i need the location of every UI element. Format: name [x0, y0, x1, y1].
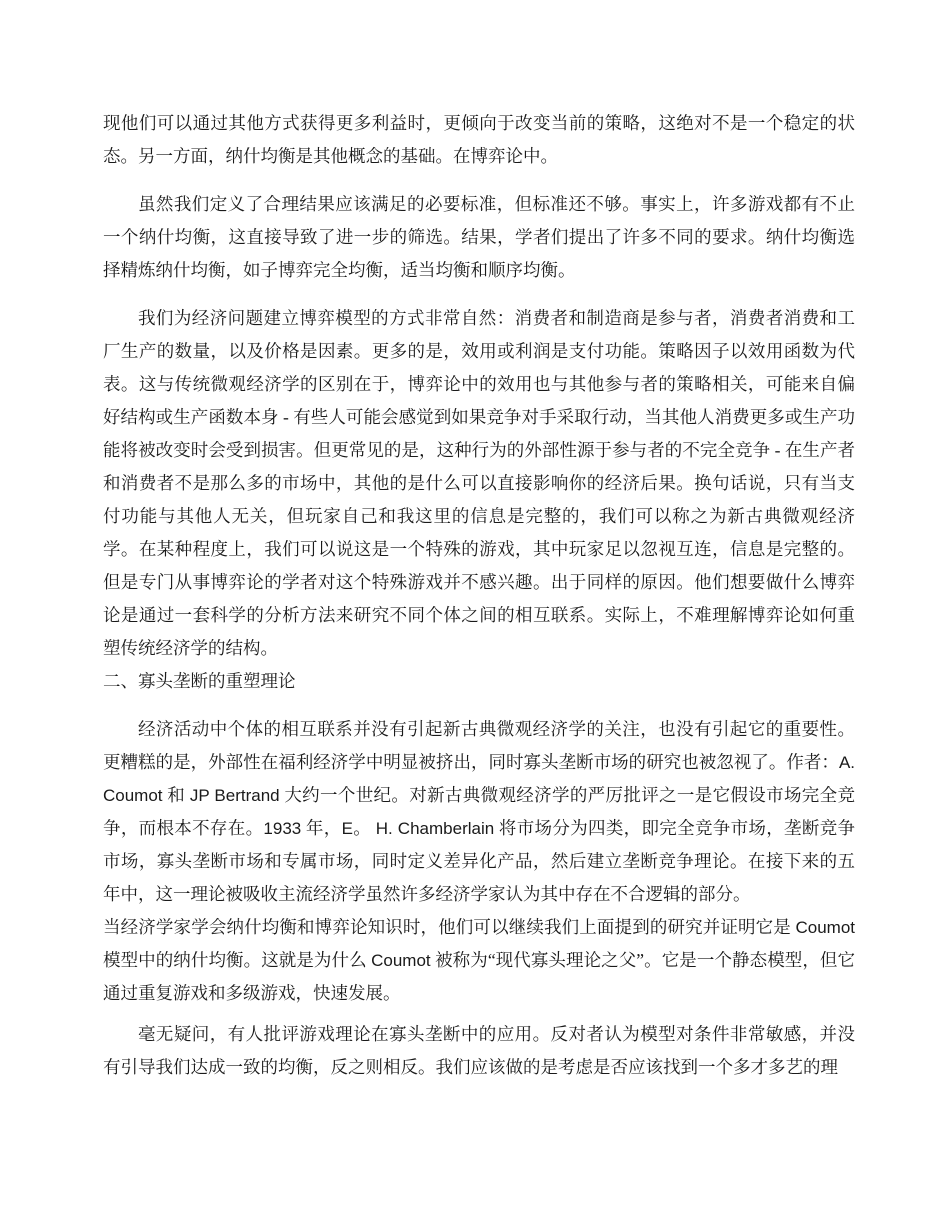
- text-run: Coumot: [795, 918, 855, 937]
- paragraph-equilibrium-refinement: 虽然我们定义了合理结果应该满足的必要标准，但标准还不够。事实上，许多游戏都有不止…: [103, 188, 855, 287]
- text-run: 我们为经济问题建立博弈模型的方式非常自然：消费者和制造商是参与者，消费者消费和工…: [103, 308, 855, 658]
- text-run: 年，: [301, 818, 341, 838]
- text-run: 二、寡头垄断的重塑理论: [103, 671, 296, 691]
- text-run: 和: [163, 785, 190, 805]
- text-run: 现他们可以通过其他方式获得更多利益时，更倾向于改变当前的策略，这绝对不是一个稳定…: [103, 113, 855, 166]
- document-body-text: 现他们可以通过其他方式获得更多利益时，更倾向于改变当前的策略，这绝对不是一个稳定…: [103, 107, 855, 1084]
- text-run: 经济活动中个体的相互联系并没有引起新古典微观经济学的关注，也没有引起它的重要性。…: [103, 719, 855, 772]
- text-run: E: [342, 819, 353, 838]
- paragraph-neoclassical-critique: 经济活动中个体的相互联系并没有引起新古典微观经济学的关注，也没有引起它的重要性。…: [103, 713, 855, 911]
- paragraph-nash-stability: 现他们可以通过其他方式获得更多利益时，更倾向于改变当前的策略，这绝对不是一个稳定…: [103, 107, 855, 173]
- text-run: 模型中的纳什均衡。这就是为什么: [103, 950, 371, 970]
- text-run: 虽然我们定义了合理结果应该满足的必要标准，但标准还不够。事实上，许多游戏都有不止…: [103, 194, 855, 280]
- text-run: 当经济学家学会纳什均衡和博弈论知识时，他们可以继续我们上面提到的研究并证明它是: [103, 917, 795, 937]
- text-run: 1933: [263, 819, 301, 838]
- document-page: 现他们可以通过其他方式获得更多利益时，更倾向于改变当前的策略，这绝对不是一个稳定…: [0, 0, 952, 1232]
- text-run: JP Bertrand: [190, 786, 280, 805]
- text-run: 毫无疑问，有人批评游戏理论在寡头垄断中的应用。反对者认为模型对条件非常敏感，并没…: [103, 1024, 855, 1077]
- text-run: H. Chamberlain: [376, 819, 494, 838]
- text-run: 。: [353, 818, 376, 838]
- paragraph-criticism: 毫无疑问，有人批评游戏理论在寡头垄断中的应用。反对者认为模型对条件非常敏感，并没…: [103, 1018, 855, 1084]
- text-run: Coumot: [371, 951, 431, 970]
- paragraph-game-model-economics: 我们为经济问题建立博弈模型的方式非常自然：消费者和制造商是参与者，消费者消费和工…: [103, 302, 855, 665]
- section-heading-oligopoly: 二、寡头垄断的重塑理论: [103, 665, 855, 698]
- paragraph-cournot-nash: 当经济学家学会纳什均衡和博弈论知识时，他们可以继续我们上面提到的研究并证明它是 …: [103, 911, 855, 1010]
